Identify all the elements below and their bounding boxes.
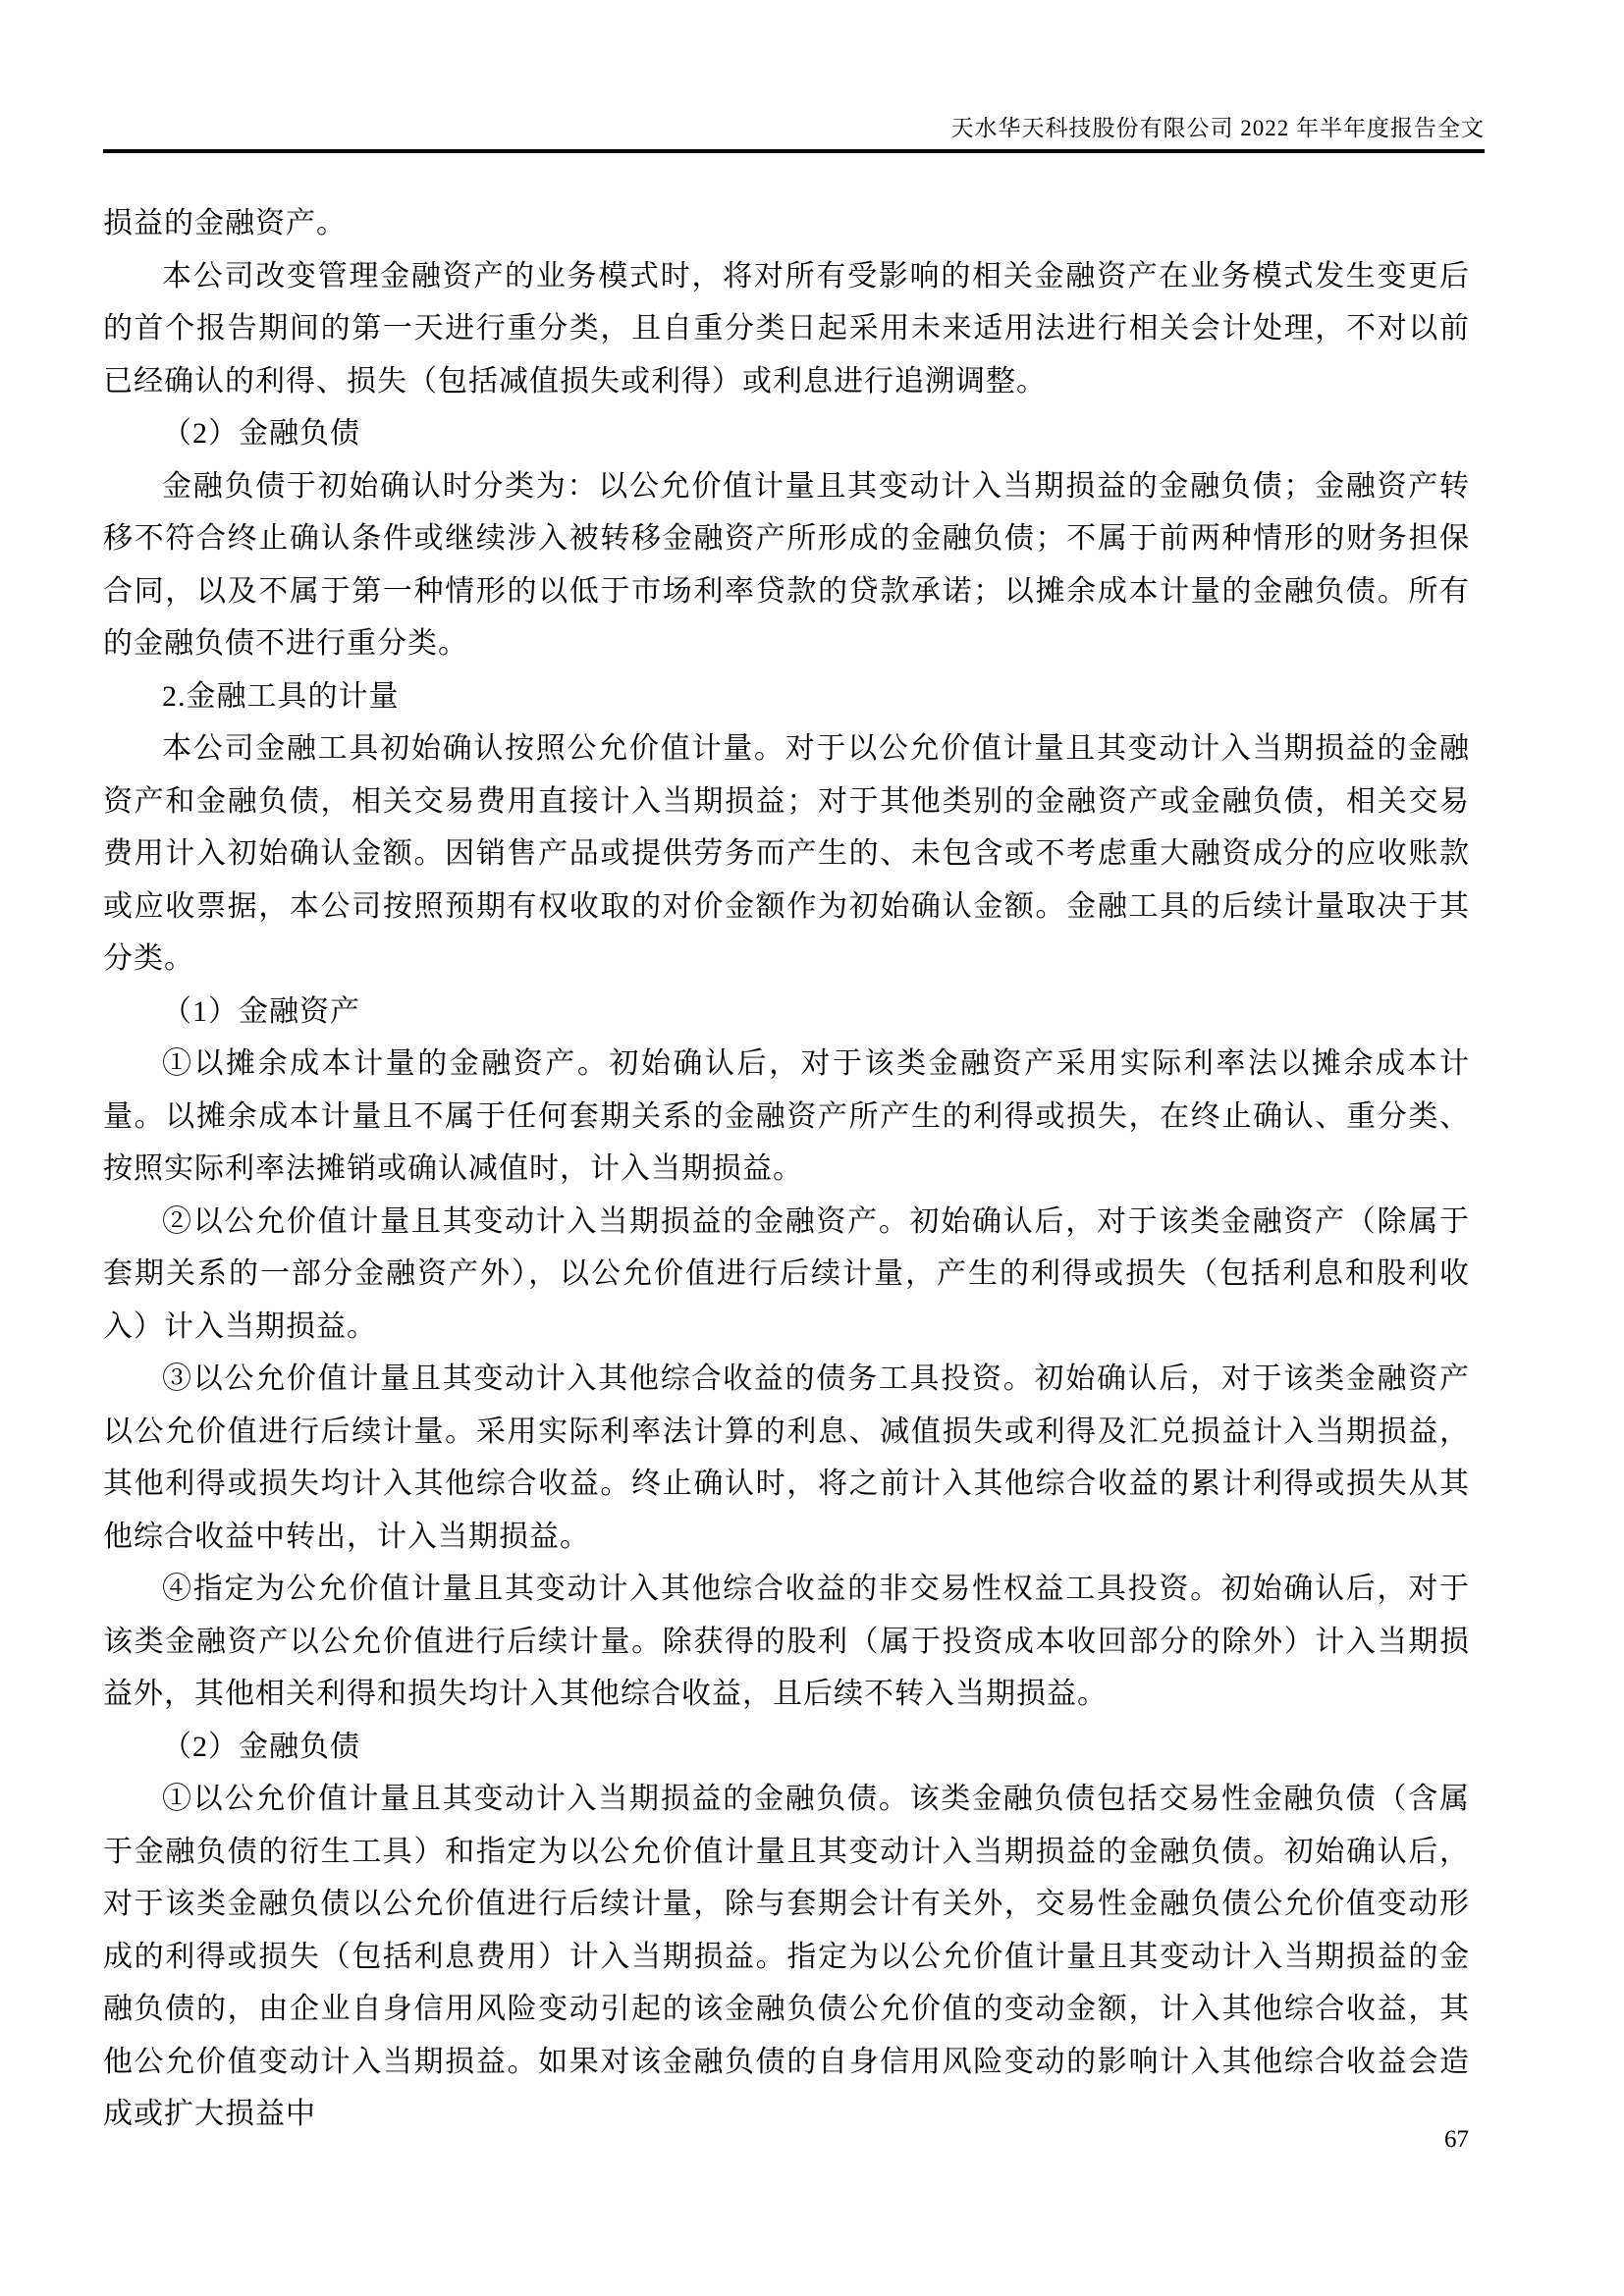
page-number: 67	[1444, 2125, 1469, 2155]
paragraph-9: ②以公允价值计量且其变动计入当期损益的金融资产。初始确认后，对于该类金融资产（除…	[103, 1196, 1470, 1354]
paragraph-5: 2.金融工具的计量	[103, 670, 1470, 723]
paragraph-6: 本公司金融工具初始确认按照公允价值计量。对于以公允价值计量且其变动计入当期损益的…	[103, 722, 1470, 986]
paragraph-4: 金融负债于初始确认时分类为：以公允价值计量且其变动计入当期损益的金融负债；金融资…	[103, 460, 1470, 670]
paragraph-11: ④指定为公允价值计量且其变动计入其他综合收益的非交易性权益工具投资。初始确认后，…	[103, 1563, 1470, 1721]
page-header: 天水华天科技股份有限公司 2022 年半年度报告全文	[103, 0, 1485, 153]
page-header-title: 天水华天科技股份有限公司 2022 年半年度报告全文	[951, 117, 1486, 149]
paragraph-1: 损益的金融资产。	[103, 197, 1470, 250]
paragraph-10: ③以公允价值计量且其变动计入其他综合收益的债务工具投资。初始确认后，对于该类金融…	[103, 1353, 1470, 1563]
report-page: 天水华天科技股份有限公司 2022 年半年度报告全文 损益的金融资产。本公司改变…	[0, 0, 1624, 2296]
paragraph-3: （2）金融负债	[103, 407, 1470, 460]
paragraph-2: 本公司改变管理金融资产的业务模式时，将对所有受影响的相关金融资产在业务模式发生变…	[103, 250, 1470, 408]
paragraph-7: （1）金融资产	[103, 986, 1470, 1039]
paragraph-13: ①以公允价值计量且其变动计入当期损益的金融负债。该类金融负债包括交易性金融负债（…	[103, 1773, 1470, 2141]
paragraph-12: （2）金融负债	[103, 1721, 1470, 1774]
document-body: 损益的金融资产。本公司改变管理金融资产的业务模式时，将对所有受影响的相关金融资产…	[103, 197, 1470, 2141]
paragraph-8: ①以摊余成本计量的金融资产。初始确认后，对于该类金融资产采用实际利率法以摊余成本…	[103, 1038, 1470, 1196]
